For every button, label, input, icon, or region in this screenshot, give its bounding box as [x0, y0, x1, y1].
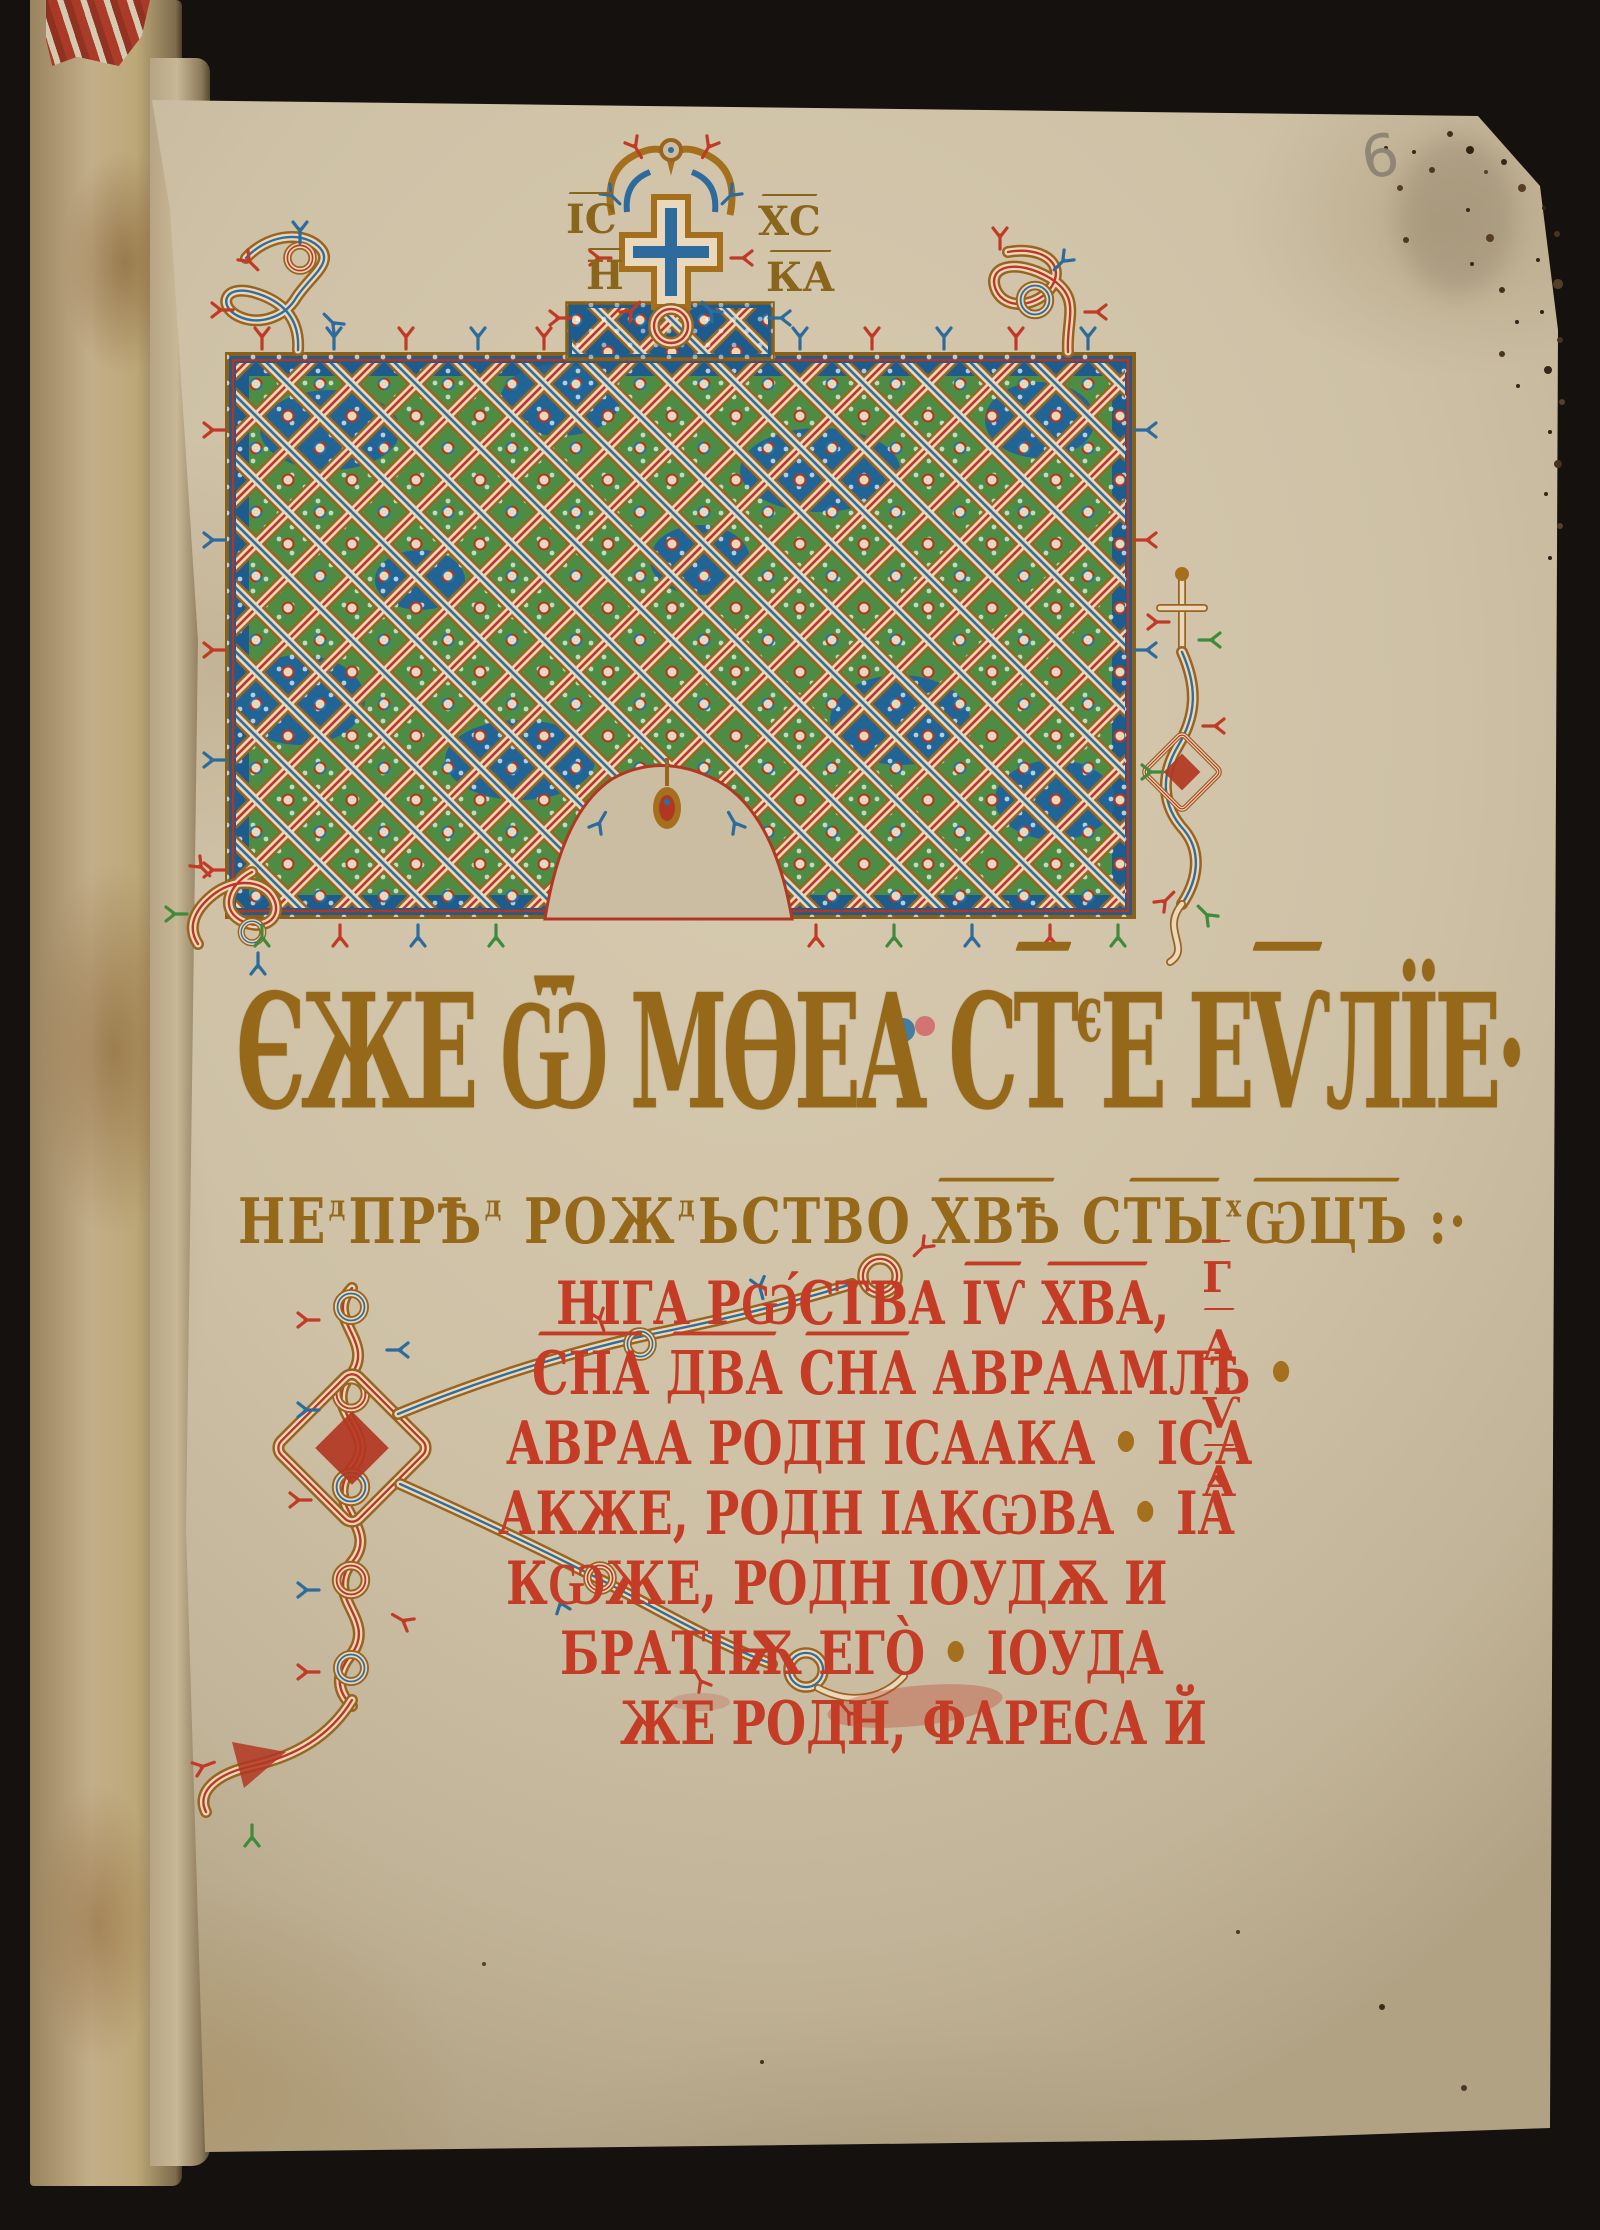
inscription-ni: Н — [586, 252, 624, 299]
text-line: ЖЕ РОДН, ФАРЕСА Й — [620, 1688, 1207, 1758]
lection-rubric: НЕдПРѢд РОЖдЬСТВО ХВѢ СТЫхѠЦЪ :· — [238, 1184, 1468, 1258]
marginalia-letter: А — [1202, 1312, 1240, 1380]
inscription-xc: ХС — [758, 198, 821, 245]
marginalia-letter: Ѵ̆ — [1202, 1380, 1240, 1448]
stain-smudge — [1398, 136, 1516, 296]
text-line: АВРАА РОДН ІСААКА • ІСА — [506, 1408, 1252, 1478]
text-line: СНА ДВА СНА АВРААМЛѢ • — [532, 1338, 1296, 1408]
marginalia-letter: Г — [1202, 1244, 1240, 1312]
manuscript-photo: { "page": { "folio_number": "6" }, "colo… — [0, 0, 1600, 2230]
marginalia-letter: А — [1202, 1448, 1240, 1516]
chapter-marginalia: Г А Ѵ̆ А — [1202, 1244, 1240, 1516]
text-line: АКЖЕ, РОДН ІАКѠВА • ІА̂ — [498, 1478, 1235, 1548]
text-line: БРАТІѬ ЕГО̀ • ІОУДА — [560, 1618, 1164, 1688]
foxing-speckles — [0, 0, 4, 4]
text-line: НІГА РѠ́СТВА ІѴ ХВА, — [556, 1268, 1169, 1338]
inscription-ic: ІС — [566, 196, 617, 243]
inscription-ka: КА — [766, 254, 835, 301]
gospel-title: ЄЖЕ Ѿ МѲЕА СТєЕ ЕѴЛЇЕ· — [236, 958, 1522, 1147]
text-line: КѠЖЕ, РОДН ІОУДѪ И — [506, 1548, 1168, 1618]
